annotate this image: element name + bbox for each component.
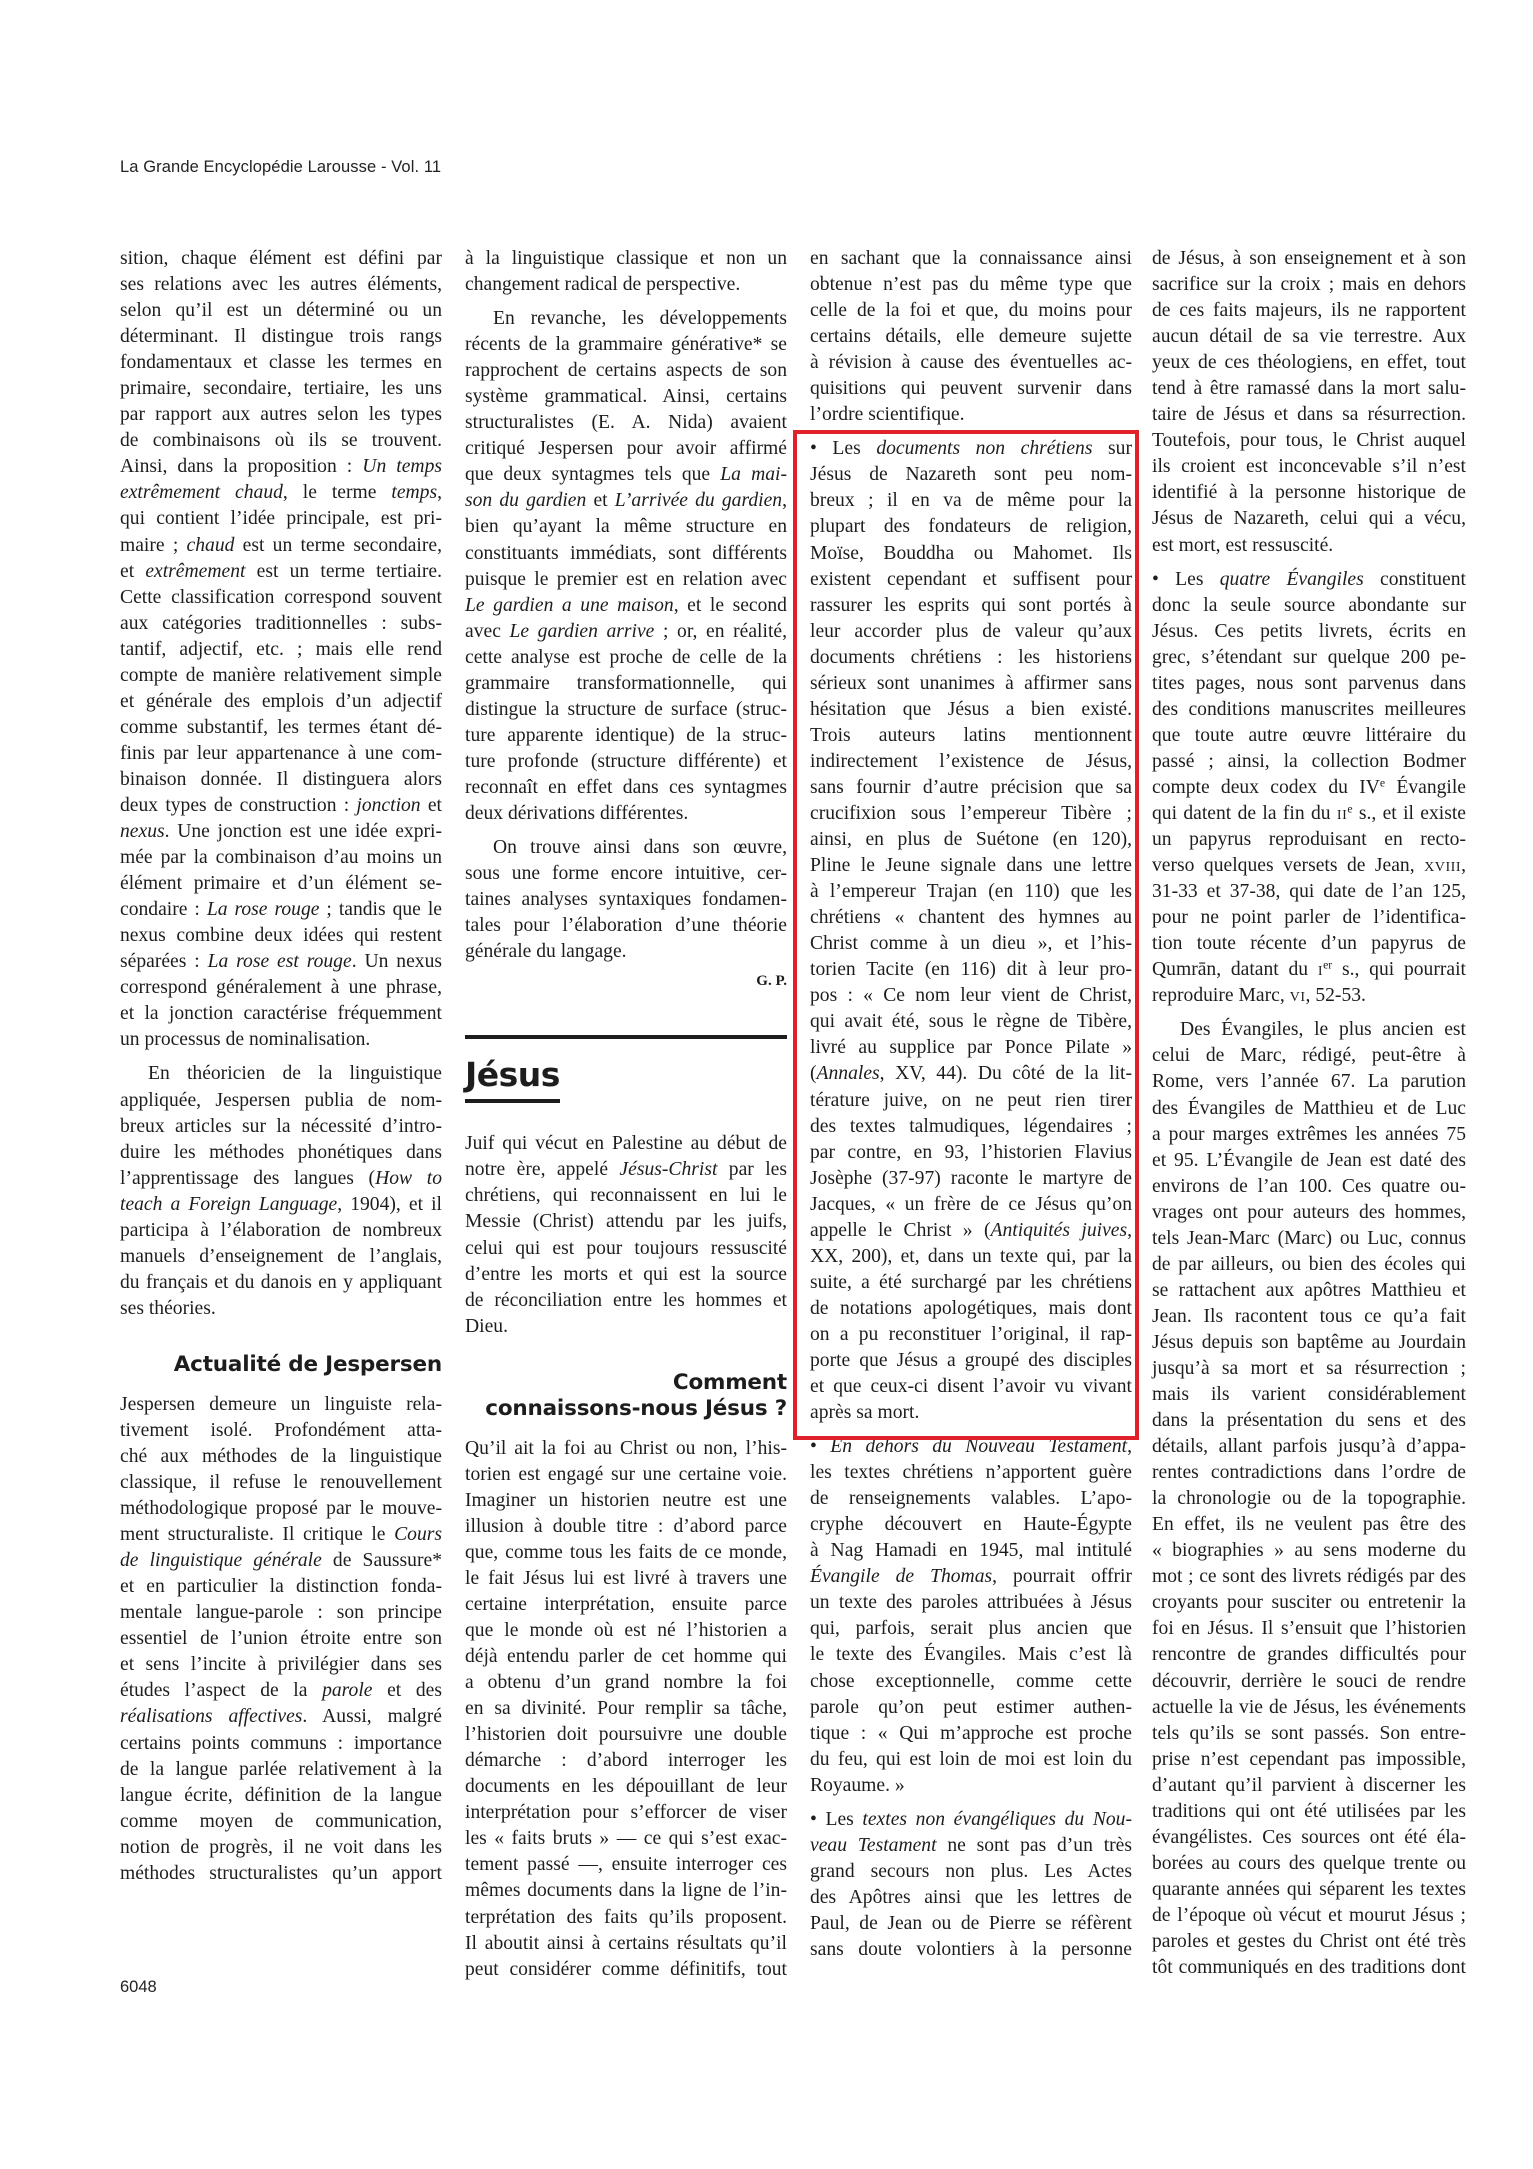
small-caps-numeral: VI [1290,989,1306,1005]
text-line: Jespersen demeure un linguiste rela- [120,1392,442,1418]
text-line: découvrir, derrière le souci de rendre [1152,1669,1466,1695]
text-line: jusqu’à sa mort et sa résurrection ; [1152,1356,1466,1382]
paragraph: • En dehors du Nouveau Testament,les tex… [810,1434,1132,1799]
text-line: En théoricien de la linguistique [120,1061,442,1087]
text-line: taire de Jésus et dans sa résurrection. [1152,402,1466,428]
text-line: de par ailleurs, ou bien des écoles qui [1152,1252,1466,1278]
text-line: passé ; ainsi, la collection Bodmer [1152,749,1466,775]
paragraph: en sachant que la connaissance ainsiobte… [810,246,1132,428]
text-line: breux ; il en va de même pour la [810,488,1132,514]
text-line: réalisations affectives. Aussi, malgré [120,1704,442,1730]
text-line: et extrêmement est un terme tertiaire. [120,559,442,585]
text-line: Jésus. Ces petits livrets, écrits en [1152,619,1466,645]
text-column-1: sition, chaque élément est défini parses… [120,246,442,1887]
text-line: générale du langage. [465,939,787,965]
italic-text: veau Testament [810,1835,937,1856]
text-line: le fait Jésus lui est livré à travers un… [465,1566,787,1592]
text-line: documents chrétiens : les historiens [810,645,1132,671]
text-line: système grammatical. Ainsi, certains [465,384,787,410]
text-line: Pline le Jeune signale dans une lettre [810,853,1132,879]
article-title-block: Jésus [465,1035,787,1103]
text-line: détails, allant parfois jusqu’à d’appa- [1152,1434,1466,1460]
text-line: et 95. L’Évangile de Jean est daté des [1152,1148,1466,1174]
text-line: des textes talmudiques, légendaires ; [810,1114,1132,1140]
text-line: a obtenu d’un grand nombre la foi [465,1670,787,1696]
paragraph: à la linguistique classique et non uncha… [465,246,787,298]
text-line: langue écrite, définition de la langue [120,1783,442,1809]
text-line: tales pour l’élaboration d’une théorie [465,913,787,939]
text-line: qui, parfois, serait plus ancien que [810,1616,1132,1642]
text-line: un papyrus reproduisant en recto- [1152,827,1466,853]
text-line: obtenue n’est pas du même type que [810,272,1132,298]
italic-text: quatre Évangiles [1220,569,1364,590]
paragraph: • Les quatre Évangiles constituentdonc l… [1152,567,1466,1010]
text-line: appliquée, Jespersen publia de nom- [120,1088,442,1114]
text-line: ché aux méthodes de la linguistique [120,1444,442,1470]
italic-text: How to [375,1168,442,1189]
text-line: finis par leur appartenance à une com- [120,741,442,767]
text-column-2: à la linguistique classique et non uncha… [465,246,787,1983]
text-line: que toute autre œuvre littéraire du [1152,723,1466,749]
text-line: puisque le premier est en relation avec [465,567,787,593]
text-line: croyants pour susciter ou entretenir la [1152,1590,1466,1616]
text-line: dans la présentation du sens et des [1152,1408,1466,1434]
text-line: Rome, vers l’année 67. La parution [1152,1069,1466,1095]
text-line: tels qu’ils se sont passés. Son entre- [1152,1721,1466,1747]
text-line: comme moyen de communication, [120,1809,442,1835]
text-line: l’ordre scientifique. [810,402,1132,428]
text-line: essentiel de l’union étroite entre son [120,1626,442,1652]
text-line: mais ils varient considérablement [1152,1382,1466,1408]
text-line: hésitation que Jésus a bien existé. [810,697,1132,723]
italic-text: La rose est rouge [208,951,352,972]
text-line: ainsi, en plus de Suétone (en 120), [810,827,1132,853]
text-line: mentale langue-parole : son principe [120,1600,442,1626]
small-caps-numeral: II [1337,807,1347,823]
text-line: séparées : La rose est rouge. Un nexus [120,949,442,975]
text-line: et sens l’incite à privilégier dans ses [120,1652,442,1678]
italic-text: nexus [120,821,165,842]
text-line: pos : « Ce nom leur vient de Christ, [810,983,1132,1009]
text-line: identifié à la personne historique de [1152,480,1466,506]
text-line: appelle le Christ » (Antiquités juives, [810,1218,1132,1244]
text-line: qui contient l’idée principale, est pri- [120,506,442,532]
text-line: que le monde où est né l’historien a [465,1618,787,1644]
text-line: chrétiens, qui reconnaissent en lui le [465,1183,787,1209]
italic-text: Le gardien a une maison [465,595,674,616]
section-heading-line: Actualité de Jespersen [120,1352,442,1378]
text-line: et en particulier la distinction fonda- [120,1574,442,1600]
text-line: tion toute récente d’un papyrus de [1152,931,1466,957]
text-line: en sachant que la connaissance ainsi [810,246,1132,272]
paragraph: Qu’il ait la foi au Christ ou non, l’his… [465,1436,787,1983]
text-line: maire ; chaud est un terme secondaire, [120,533,442,559]
text-line: méthodologique proposé par le mouve- [120,1496,442,1522]
text-line: comme substantif, les termes étant dé- [120,715,442,741]
text-line: rencontre de grandes difficultés pour [1152,1642,1466,1668]
text-line: participa à l’élaboration de nombreux [120,1218,442,1244]
text-line: se rattachent aux apôtres Matthieu et [1152,1278,1466,1304]
text-line: traditions qui ont été utilisées par les [1152,1799,1466,1825]
text-line: selon qu’il est un déterminé ou un [120,298,442,324]
text-line: Qu’il ait la foi au Christ ou non, l’his… [465,1436,787,1462]
italic-text: Cours [394,1524,442,1545]
italic-text: Évangile de Thomas [810,1566,992,1587]
paragraph: En théoricien de la linguistiqueappliqué… [120,1061,442,1321]
text-line: notion de progrès, il ne voit dans les [120,1835,442,1861]
text-line: suite, a été surchargé par les chrétiens [810,1270,1132,1296]
text-line: sacrifice sur la croix ; mais en dehors [1152,272,1466,298]
text-line: sous une forme encore intuitive, cer- [465,861,787,887]
text-line: Messie (Christ) attendu par les juifs, [465,1209,787,1235]
highlighted-paragraph: • Les documents non chrétiens surJésus d… [810,436,1132,1426]
text-line: illusion à double titre : d’abord parce [465,1514,787,1540]
text-line: sérieux sont unanimes à affirmer sans [810,671,1132,697]
text-line: évangélistes. Ces sources ont été éla- [1152,1825,1466,1851]
text-line: Moïse, Bouddha ou Mahomet. Ils [810,541,1132,567]
text-line: sans fournir d’autre précision que sa [810,775,1132,801]
text-line: déjà entendu parler de cet homme qui [465,1644,787,1670]
italic-text: documents non chrétiens [876,438,1092,459]
text-line: bien qu’ayant la même structure en [465,514,787,540]
paragraph: • Les textes non évangéliques du Nou-vea… [810,1807,1132,1963]
text-line: à la linguistique classique et non un [465,246,787,272]
text-line: fondamentaux et classe les termes en [120,350,442,376]
italic-text: teach a Foreign Language [120,1194,337,1215]
running-head: La Grande Encyclopédie Larousse - Vol. 1… [120,158,441,177]
text-line: foi en Jésus. Il s’ensuit que l’historie… [1152,1616,1466,1642]
paragraph: Juif qui vécut en Palestine au début den… [465,1131,787,1339]
superscript: e [1380,776,1385,789]
text-line: qui datent de la fin du IIe s., et il ex… [1152,801,1466,827]
author-signature: G. P. [465,967,787,993]
text-line: breux articles sur la nécessité d’intro- [120,1114,442,1140]
text-line: par contre, en 93, l’historien Flavius [810,1140,1132,1166]
text-line: de renseignements valables. L’apo- [810,1486,1132,1512]
text-line: de ces faits majeurs, ils ne rapportent [1152,298,1466,324]
text-line: d’entre les morts et qui est la source [465,1262,787,1288]
text-line: pour ne point parler de l’identifica- [1152,905,1466,931]
text-line: classique, il refuse le renouvellement [120,1470,442,1496]
text-line: mêmes documents dans la ligne de l’in- [465,1878,787,1904]
article-title: Jésus [465,1055,560,1103]
text-line: deux dérivations différentes. [465,801,787,827]
text-line: En revanche, les développements [465,306,787,332]
text-line: ture apparente identique) de la struc- [465,723,787,749]
italic-text: de linguistique générale [120,1550,322,1571]
text-column-3: en sachant que la connaissance ainsiobte… [810,246,1132,1963]
text-line: les textes chrétiens n’apportent guère [810,1460,1132,1486]
title-rule [465,1035,787,1039]
text-line: crucifixion sous l’empereur Tibère ; [810,801,1132,827]
text-line: environs de l’an 100. Ces quatre ou- [1152,1174,1466,1200]
italic-text: L’arrivée du gardien [615,490,782,511]
text-line: terprétation des faits qu’ils proposent. [465,1905,787,1931]
text-line: récents de la grammaire générative* se [465,332,787,358]
text-line: tôt communiqués en des traditions dont [1152,1955,1466,1981]
text-line: Évangile de Thomas, pourrait offrir [810,1564,1132,1590]
italic-text: temps [391,482,437,503]
text-line: tantif, adjectif, etc. ; mais elle rend [120,637,442,663]
text-line: actuelle la vie de Jésus, les événements [1152,1695,1466,1721]
text-line: indirectement l’existence de Jésus, [810,749,1132,775]
text-line: paroles et gestes du Christ ont été très [1152,1929,1466,1955]
text-line: l’historien doit poursuivre une double [465,1722,787,1748]
text-line: porte que Jésus a groupé des disciples [810,1348,1132,1374]
text-line: que deux syntagmes tels que La mai- [465,462,787,488]
text-line: tement passé —, ensuite interroger ces [465,1852,787,1878]
text-line: sans doute volontiers à la personne [810,1937,1132,1963]
paragraph: En revanche, les développementsrécents d… [465,306,787,827]
text-line: Toutefois, pour tous, le Christ auquel [1152,428,1466,454]
text-line: tique : « Qui m’approche est proche [810,1721,1132,1747]
text-line: Qumrān, datant du Ier s., qui pourrait [1152,957,1466,983]
text-line: prise n’est cependant pas impossible, [1152,1747,1466,1773]
italic-text: Le gardien arrive [509,621,654,642]
section-heading: Commentconnaissons-nous Jésus ? [465,1370,787,1422]
text-line: que, comme tous les faits de ce monde, [465,1540,787,1566]
text-line: ses relations avec les autres éléments, [120,272,442,298]
text-line: notre ère, appelé Jésus-Christ par les [465,1157,787,1183]
text-line: teach a Foreign Language, 1904), et il [120,1192,442,1218]
text-line: Des Évangiles, le plus ancien est [1152,1017,1466,1043]
italic-text: Annales [817,1063,880,1084]
italic-text: Jésus-Christ [619,1159,717,1180]
section-heading: Actualité de Jespersen [120,1352,442,1378]
text-line: de linguistique générale de Saussure* [120,1548,442,1574]
text-line: verso quelques versets de Jean, XVIII, [1152,853,1466,879]
text-line: chrétiens « chantent des hymnes au [810,905,1132,931]
text-line: structuralistes (E. A. Nida) avaient [465,410,787,436]
text-line: certains points communs : importance [120,1731,442,1757]
italic-text: parole [322,1680,372,1701]
text-line: Imaginer un historien neutre est une [465,1488,787,1514]
text-line: parole qu’on peut estimer authen- [810,1695,1132,1721]
text-line: • Les documents non chrétiens sur [810,436,1132,462]
text-line: rentes contradictions dans l’ordre de [1152,1460,1466,1486]
italic-text: textes non évangéliques du Nou- [862,1809,1132,1830]
text-line: taines analyses syntaxiques fondamen- [465,887,787,913]
text-line: certains détails, elle demeure sujette [810,324,1132,350]
italic-text: La mai- [720,464,787,485]
text-line: la chronologie ou de la topographie. [1152,1486,1466,1512]
text-line: le texte des Évangiles. Mais c’est là [810,1642,1132,1668]
text-line: extrêmement chaud, le terme temps, [120,480,442,506]
text-line: rapprochent de certains aspects de son [465,358,787,384]
text-line: mée par la combinaison d’au moins un [120,845,442,871]
text-line: et générale des emplois d’un adjectif [120,689,442,715]
text-line: ture profonde (structure différente) et [465,749,787,775]
text-line: a pour marges extrêmes les années 75 [1152,1122,1466,1148]
text-line: borées au cours des quelque trente ou [1152,1851,1466,1877]
text-line: correspond généralement à une phrase, [120,975,442,1001]
section-heading-line: connaissons-nous Jésus ? [465,1396,787,1422]
text-line: de réconciliation entre les hommes et [465,1288,787,1314]
text-line: nexus combine deux idées qui restent [120,923,442,949]
text-line: plupart des fondateurs de religion, [810,514,1132,540]
text-line: certaine interprétation, ensuite parce [465,1592,787,1618]
text-line: distingue la structure de surface (struc… [465,697,787,723]
text-line: chose exceptionnelle, comme cette [810,1669,1132,1695]
text-line: du feu, qui est loin de moi est loin du [810,1747,1132,1773]
text-line: « biographies » au sens moderne du [1152,1538,1466,1564]
text-line: démarche : d’abord interroger les [465,1748,787,1774]
text-line: après sa mort. [810,1400,1132,1426]
text-line: tend à être ramassé dans la mort salu- [1152,376,1466,402]
italic-text: chaud [187,535,235,556]
text-line: des Évangiles de Matthieu et de Luc [1152,1096,1466,1122]
text-line: rassurer les esprits qui sont portés à [810,593,1132,619]
italic-text: extrêmement [145,561,245,582]
text-line: de notations apologétiques, mais dont [810,1296,1132,1322]
text-line: manuels d’enseignement de l’anglais, [120,1244,442,1270]
page-number: 6048 [120,1978,157,1997]
text-line: celle de la foi et que, du moins pour [810,298,1132,324]
section-heading-line: Comment [465,1370,787,1396]
text-line: • Les textes non évangéliques du Nou- [810,1807,1132,1833]
text-line: interprétation pour s’efforcer de viser [465,1800,787,1826]
italic-text: Un temps [362,456,442,477]
text-line: Paul, de Jean ou de Pierre se réfèrent [810,1911,1132,1937]
text-line: Juif qui vécut en Palestine au début de [465,1131,787,1157]
text-line: térature juive, on ne peut rien tirer [810,1088,1132,1114]
text-line: (Annales, XV, 44). Du côté de la lit- [810,1061,1132,1087]
text-line: changement radical de perspective. [465,272,787,298]
text-line: constituants immédiats, sont différents [465,541,787,567]
text-line: Cette classification correspond souvent [120,585,442,611]
text-line: les « faits bruts » — ce qui s’est exac- [465,1826,787,1852]
italic-text: La rose rouge [207,899,320,920]
superscript: e [1347,803,1352,816]
text-line: grammaire transformationnelle, qui [465,671,787,697]
text-line: Trois auteurs latins mentionnent [810,723,1132,749]
text-line: de Jésus, à son enseignement et à son [1152,246,1466,272]
paragraph: de Jésus, à son enseignement et à sonsac… [1152,246,1466,559]
paragraph: On trouve ainsi dans son œuvre,sous une … [465,835,787,965]
paragraph: sition, chaque élément est défini parses… [120,246,442,1053]
small-caps-numeral: XVIII [1424,859,1461,875]
text-line: aux catégories traditionnelles : subs- [120,611,442,637]
text-line: avec Le gardien arrive ; or, en réalité, [465,619,787,645]
text-line: aucun détail de sa vie terrestre. Aux [1152,324,1466,350]
text-line: de la langue parlée relativement à la [120,1757,442,1783]
text-line: reconnaît en effet dans ces syntagmes [465,775,787,801]
text-line: en sa divinité. Pour remplir sa tâche, [465,1696,787,1722]
text-line: Jacques, « un frère de ce Jésus qu’on [810,1192,1132,1218]
text-line: un processus de nominalisation. [120,1027,442,1053]
text-line: ils croient est inconcevable s’il n’est [1152,454,1466,480]
italic-text: Antiquités juives [991,1220,1128,1241]
text-line: tels Jean-Marc (Marc) ou Luc, connus [1152,1226,1466,1252]
text-line: Royaume. » [810,1773,1132,1799]
text-line: quarante années qui séparent les textes [1152,1877,1466,1903]
text-line: grand secours non plus. Les Actes [810,1859,1132,1885]
text-line: des conditions manuscrites meilleures [1152,697,1466,723]
italic-text: réalisations affectives [120,1706,302,1727]
text-line: mot ; ce sont des livrets rédigés par de… [1152,1564,1466,1590]
text-line: et que ceux-ci disent l’avoir vu vivant [810,1374,1132,1400]
text-line: condaire : La rose rouge ; tandis que le [120,897,442,923]
text-line: quisitions qui peuvent survenir dans [810,376,1132,402]
text-line: du français et du danois en y appliquant [120,1270,442,1296]
text-line: celui de Marc, rédigé, peut-être à [1152,1043,1466,1069]
text-line: élément primaire et d’un élément se- [120,871,442,897]
text-line: donc la seule source abondante sur [1152,593,1466,619]
text-line: cette analyse est proche de celle de la [465,645,787,671]
text-line: critiqué Jespersen pour avoir affirmé [465,436,787,462]
italic-text: En dehors du Nouveau Testament [830,1436,1127,1457]
text-line: Ainsi, dans la proposition : Un temps [120,454,442,480]
italic-text: extrêmement chaud [120,482,283,503]
text-line: deux types de construction : jonction et [120,793,442,819]
paragraph: Des Évangiles, le plus ancien estcelui d… [1152,1017,1466,1981]
text-line: sition, chaque élément est défini par [120,246,442,272]
text-line: torien Tacite (en 116) dit à leur pro- [810,957,1132,983]
text-line: • En dehors du Nouveau Testament, [810,1434,1132,1460]
text-line: livré au supplice par Ponce Pilate » [810,1035,1132,1061]
text-line: binaison donnée. Il distinguera alors [120,767,442,793]
text-line: Le gardien a une maison, et le second [465,593,787,619]
text-line: reproduire Marc, VI, 52-53. [1152,983,1466,1009]
italic-text: jonction [356,795,420,816]
text-line: tivement isolé. Profondément atta- [120,1418,442,1444]
text-line: celui qui est pour toujours ressuscité [465,1236,787,1262]
text-line: vrages ont pour auteurs des hommes, [1152,1200,1466,1226]
text-line: ses théories. [120,1296,442,1322]
text-line: est mort, est ressuscité. [1152,533,1466,559]
italic-text: son du gardien [465,490,586,511]
text-line: 31-33 et 37-38, qui date de l’an 125, [1152,879,1466,905]
text-line: Dieu. [465,1314,787,1340]
text-line: de l’époque où vécut et mourut Jésus ; [1152,1903,1466,1929]
text-line: l’apprentissage des langues (How to [120,1166,442,1192]
text-line: méthodes structuralistes qu’un apport [120,1861,442,1887]
text-line: un texte des paroles attribuées à Jésus [810,1590,1132,1616]
text-line: Christ comme à un dieu », et l’his- [810,931,1132,957]
text-line: tites pages, nous sont parvenus dans [1152,671,1466,697]
superscript: er [1323,959,1332,972]
text-line: documents en les dépouillant de leur [465,1774,787,1800]
text-line: compte deux codex du IVe Évangile [1152,775,1466,801]
text-line: qui avait été, sous le règne de Tibère, [810,1009,1132,1035]
text-line: nexus. Une jonction est une idée expri- [120,819,442,845]
text-line: Il aboutit ainsi à certains résultats qu… [465,1931,787,1957]
text-column-4: de Jésus, à son enseignement et à sonsac… [1152,246,1466,1981]
text-line: à révision à cause des éventuelles ac- [810,350,1132,376]
text-line: études l’aspect de la parole et des [120,1678,442,1704]
text-line: On trouve ainsi dans son œuvre, [465,835,787,861]
text-line: par rapport aux autres selon les types [120,402,442,428]
text-line: à l’empereur Trajan (en 110) que les [810,879,1132,905]
text-line: yeux de ces théologiens, en effet, tout [1152,350,1466,376]
text-line: à Nag Hamadi en 1945, mal intitulé [810,1538,1132,1564]
text-line: existent cependant et suffisent pour [810,567,1132,593]
text-line: torien est engagé sur une certaine voie. [465,1462,787,1488]
text-line: • Les quatre Évangiles constituent [1152,567,1466,593]
paragraph: Jespersen demeure un linguiste rela-tive… [120,1392,442,1887]
text-line: son du gardien et L’arrivée du gardien, [465,488,787,514]
text-line: En effet, ils ne veulent pas être des [1152,1512,1466,1538]
text-line: leur accorder plus de valeur qu’aux [810,619,1132,645]
text-line: primaire, secondaire, tertiaire, les uns [120,376,442,402]
text-line: cryphe découvert en Haute-Égypte [810,1512,1132,1538]
text-line: d’autant qu’il parvient à discerner les [1152,1773,1466,1799]
text-line: des Apôtres ainsi que les lettres de [810,1885,1132,1911]
text-line: Jésus de Nazareth sont peu nom- [810,462,1132,488]
text-line: veau Testament ne sont pas d’un très [810,1833,1132,1859]
text-line: Jésus de Nazareth, celui qui a vécu, [1152,506,1466,532]
text-line: grec, s’étendant sur quelque 200 pe- [1152,645,1466,671]
